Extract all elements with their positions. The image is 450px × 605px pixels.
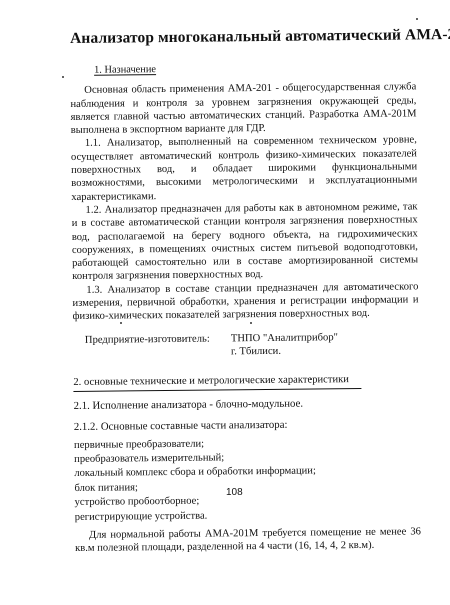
manufacturer-spacer: [85, 345, 231, 360]
paragraph-1-3: 1.3. Анализатор в составе станции предна…: [72, 280, 418, 324]
scan-speck: [250, 322, 252, 324]
paragraph-2-1: 2.1. Исполнение анализатора - блочно-мод…: [74, 396, 420, 413]
scan-speck: [310, 378, 312, 380]
scan-speck: [416, 18, 418, 20]
intro-paragraph: Основная область применения АМА-201 - об…: [70, 81, 417, 138]
section-2-heading: 2. основные технические и метрологически…: [73, 373, 361, 392]
scanned-page: Анализатор многоканальный автоматический…: [0, 0, 450, 605]
paragraph-2-1-2: 2.1.2. Основные составные части анализат…: [74, 418, 420, 435]
scan-speck: [62, 76, 64, 78]
manufacturer-city: г. Тбилиси.: [231, 343, 419, 358]
components-list: первичные преобразователи; преобразовате…: [74, 435, 421, 525]
manufacturer-block: Предприятие-изготовитель: ТНПО "Аналитпр…: [85, 330, 419, 359]
paragraph-1-2: 1.2. Анализатор предназначен для работы …: [71, 200, 418, 283]
section-1-heading: 1. Назначение: [94, 60, 416, 77]
list-item: регистрирующие устройства.: [75, 507, 421, 525]
page-number: 108: [226, 487, 243, 498]
paragraph-1-1: 1.1. Анализатор, выполненный на современ…: [71, 134, 418, 204]
document-title: Анализатор многоканальный автоматический…: [70, 26, 450, 48]
document-body: 1. Назначение Основная область применени…: [70, 60, 421, 555]
scan-speck: [120, 322, 122, 324]
final-paragraph: Для нормальной работы АМА-201М требуется…: [75, 525, 421, 555]
